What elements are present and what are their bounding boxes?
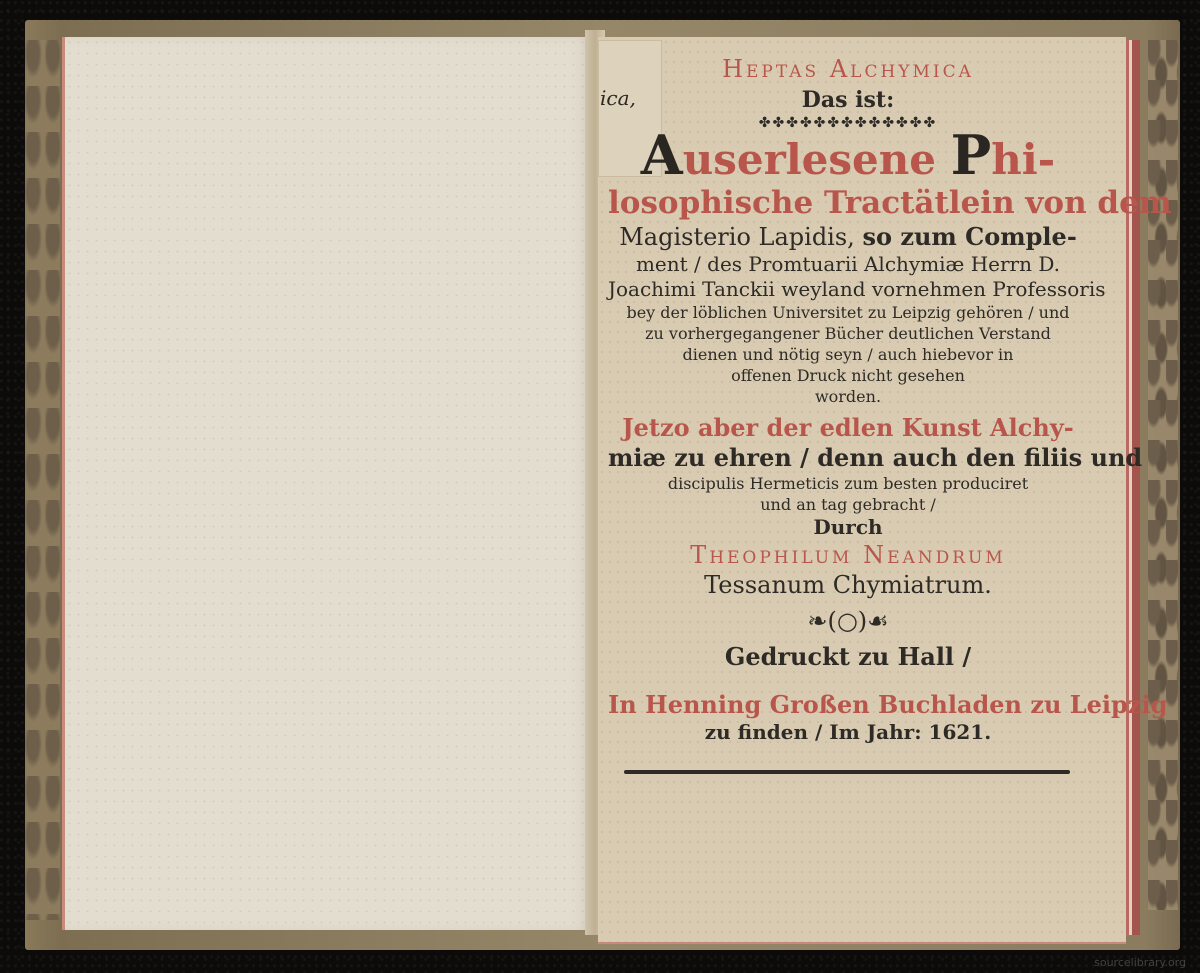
watermark: sourcelibrary.org xyxy=(1094,956,1186,969)
text-line-5: Magisterio Lapidis, so zum Comple- xyxy=(608,222,1088,252)
title-text-block: Heptas Alchymica Das ist: ✤✤✤✤✤✤✤✤✤✤✤✤✤ … xyxy=(608,55,1088,745)
text-line-14: miæ zu ehren / denn auch den filiis und xyxy=(608,443,1088,473)
imprint-rule-divider xyxy=(624,770,1070,774)
text-line-15: discipulis Hermeticis zum besten produci… xyxy=(608,473,1088,494)
bookseller-line: In Henning Großen Buchladen zu Leipzig xyxy=(608,690,1088,720)
blank-left-page xyxy=(62,37,593,930)
left-marbled-board xyxy=(25,40,60,920)
drop-cap-p: P xyxy=(951,123,992,187)
title-heptas-alchymica: Heptas Alchymica xyxy=(608,55,1088,83)
red-page-edges xyxy=(1126,40,1140,935)
text-line-10: dienen und nötig seyn / auch hiebevor in xyxy=(608,344,1088,365)
main-title-line: Auserlesene Phi- xyxy=(608,131,1088,184)
text-line-8: bey der löblichen Universitet zu Leipzig… xyxy=(608,302,1088,323)
text-line-12: worden. xyxy=(608,386,1088,407)
author-title: Tessanum Chymiatrum. xyxy=(608,570,1088,600)
author-name: Theophilum Neandrum xyxy=(608,540,1088,570)
right-marbled-board xyxy=(1148,40,1178,910)
printed-at: Gedruckt zu Hall / xyxy=(608,642,1088,672)
text-line-9: zu vorhergegangener Bücher deutlichen Ve… xyxy=(608,323,1088,344)
subtitle-line: losophische Tractätlein von dem xyxy=(608,184,1088,222)
das-ist: Das ist: xyxy=(608,87,1088,113)
text-line-6: ment / des Promtuarii Alchymiæ Herrn D. xyxy=(608,252,1088,277)
drop-cap-a: A xyxy=(641,123,683,187)
durch: Durch xyxy=(608,515,1088,540)
imprint-year: zu finden / Im Jahr: 1621. xyxy=(608,720,1088,745)
text-line-7: Joachimi Tanckii weyland vornehmen Profe… xyxy=(608,277,1088,302)
printer-ornament-icon: ❧(○)☙ xyxy=(608,606,1088,636)
text-line-13: Jetzo aber der edlen Kunst Alchy- xyxy=(608,413,1088,443)
text-line-16: und an tag gebracht / xyxy=(608,494,1088,515)
text-line-11: offenen Druck nicht gesehen xyxy=(608,365,1088,386)
